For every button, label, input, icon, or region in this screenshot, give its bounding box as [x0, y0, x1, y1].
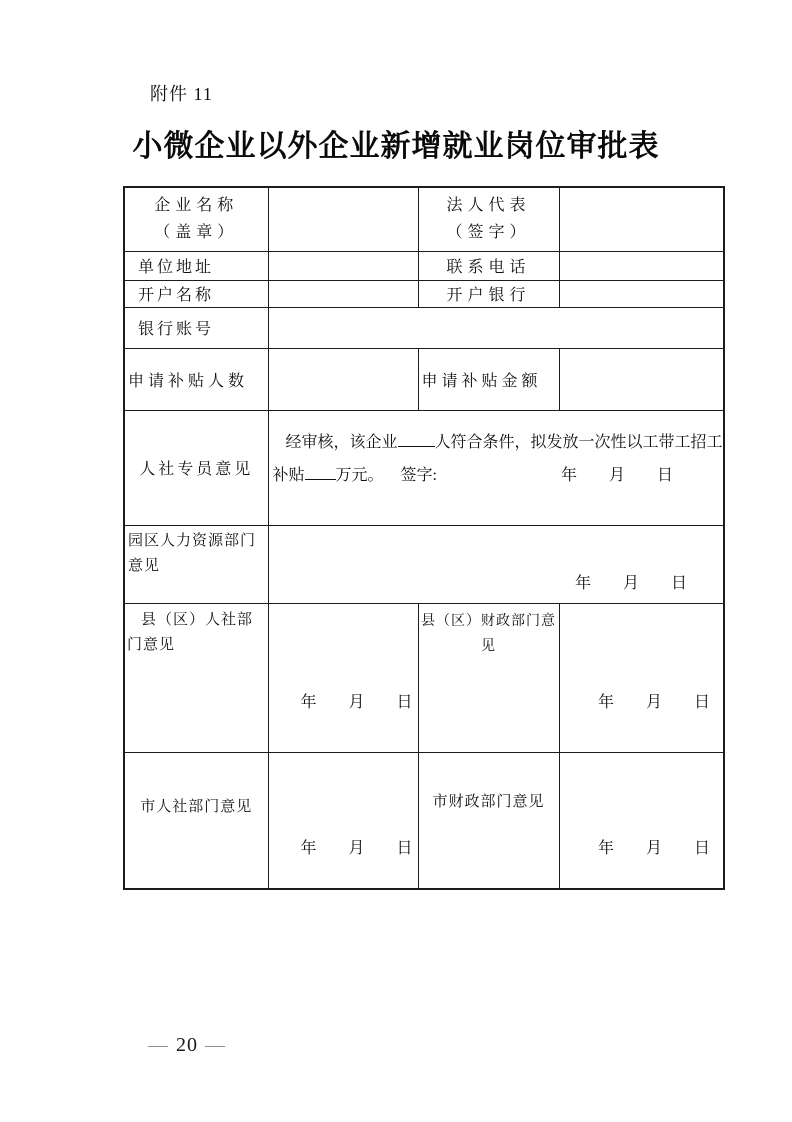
hr-specialist-opinion-cell: 经审核，该企业人符合条件，拟发放一次性以工带工招工 补贴万元。 签字: 年 月 …	[268, 410, 724, 525]
blank-underline	[305, 476, 336, 480]
company-name-value-cell	[268, 187, 418, 251]
hr-specialist-label: 人社专员意见	[124, 410, 268, 525]
opinion-line-1: 经审核，该企业人符合条件，拟发放一次性以工带工招工	[273, 426, 718, 459]
page-number-value: 20	[176, 1034, 198, 1056]
subsidy-phrase-pre: 补贴	[273, 467, 305, 484]
row-park-hr-opinion: 园区人力资源部门意见 年 月 日	[124, 525, 724, 603]
city-finance-label: 市财政部门意见	[418, 752, 559, 889]
row-company-legal: 企业名称 （盖章） 法人代表 （签字）	[124, 187, 724, 251]
legal-rep-label: 法人代表	[419, 192, 559, 219]
subsidy-phrase-post: 万元。	[336, 467, 384, 484]
row-address-phone: 单位地址 联系电话	[124, 251, 724, 280]
county-hr-label: 县（区）人社部门意见	[124, 603, 268, 752]
opinion-text-post: 人符合条件，拟发放一次性以工带工招工	[435, 434, 723, 451]
row-bank-account: 银行账号	[124, 307, 724, 348]
subsidy-people-value-cell	[268, 348, 418, 410]
page-number: —20—	[148, 1034, 226, 1057]
bank-name-value-cell	[559, 280, 724, 307]
row-account-bank: 开户名称 开户银行	[124, 280, 724, 307]
attachment-label: 附件 11	[150, 80, 213, 106]
row-city-opinions: 市人社部门意见 年 月 日 市财政部门意见 年 月 日	[124, 752, 724, 889]
date-line: 年 月 日	[300, 840, 412, 857]
park-hr-label: 园区人力资源部门意见	[124, 525, 268, 603]
bank-account-value-cell	[268, 307, 724, 348]
county-hr-opinion-cell: 年 月 日	[268, 603, 418, 752]
city-hr-opinion-cell: 年 月 日	[268, 752, 418, 889]
county-finance-label: 县（区）财政部门意见	[418, 603, 559, 752]
page-number-dash-right: —	[205, 1034, 226, 1056]
legal-rep-value-cell	[559, 187, 724, 251]
subsidy-amount-value-cell	[559, 348, 724, 410]
subsidy-amount-label: 申请补贴金额	[418, 348, 559, 410]
legal-rep-sublabel: （签字）	[419, 219, 559, 246]
contact-phone-label: 联系电话	[418, 251, 559, 280]
row-hr-specialist-opinion: 人社专员意见 经审核，该企业人符合条件，拟发放一次性以工带工招工 补贴万元。 签…	[124, 410, 724, 525]
opinion-line-2: 补贴万元。 签字: 年 月 日	[273, 459, 718, 492]
row-subsidy: 申请补贴人数 申请补贴金额	[124, 348, 724, 410]
city-finance-opinion-cell: 年 月 日	[559, 752, 724, 889]
city-hr-label: 市人社部门意见	[124, 752, 268, 889]
unit-address-label: 单位地址	[124, 251, 268, 280]
account-name-value-cell	[268, 280, 418, 307]
park-hr-opinion-cell: 年 月 日	[268, 525, 724, 603]
page-title: 小微企业以外企业新增就业岗位审批表	[0, 121, 792, 165]
opinion-text-pre: 经审核，该企业	[286, 434, 398, 451]
county-finance-opinion-cell: 年 月 日	[559, 603, 724, 752]
bank-name-label: 开户银行	[418, 280, 559, 307]
blank-underline	[398, 443, 435, 447]
row-county-opinions: 县（区）人社部门意见 年 月 日 县（区）财政部门意见 年 月 日	[124, 603, 724, 752]
date-line: 年 月 日	[300, 694, 412, 711]
date-line: 年 月 日	[561, 459, 673, 492]
page-number-dash-left: —	[148, 1034, 169, 1056]
unit-address-value-cell	[268, 251, 418, 280]
date-line: 年 月 日	[598, 840, 710, 857]
date-line: 年 月 日	[598, 694, 710, 711]
company-name-sublabel: （盖章）	[125, 219, 268, 246]
subsidy-people-label: 申请补贴人数	[124, 348, 268, 410]
company-name-label-cell: 企业名称 （盖章）	[124, 187, 268, 251]
approval-form-table: 企业名称 （盖章） 法人代表 （签字） 单位地址 联系电话 开户名称 开户银行 …	[123, 186, 725, 890]
company-name-label: 企业名称	[125, 192, 268, 219]
bank-account-label: 银行账号	[124, 307, 268, 348]
account-name-label: 开户名称	[124, 280, 268, 307]
legal-rep-label-cell: 法人代表 （签字）	[418, 187, 559, 251]
sign-label: 签字:	[401, 459, 437, 492]
contact-phone-value-cell	[559, 251, 724, 280]
date-line: 年 月 日	[575, 575, 687, 592]
subsidy-phrase: 补贴万元。	[273, 459, 384, 492]
